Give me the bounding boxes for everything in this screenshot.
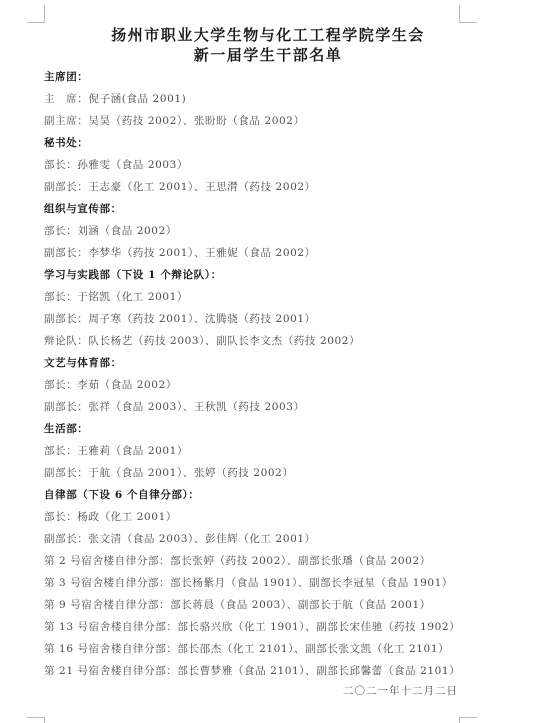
document-date: 二〇二一年十二月二日 bbox=[343, 682, 458, 700]
document-line: 第 13 号宿舍楼自律分部：部长骆兴欣（化工 1901）、副部长宋佳驰（药技 1… bbox=[44, 616, 474, 638]
document-line: 第 2 号宿舍楼自律分部：部长张婷（药技 2002）、副部长张璠（食品 2002… bbox=[44, 550, 474, 572]
page-corner-mark-top-left bbox=[27, 5, 45, 23]
document-line: 副部长：王志豪（化工 2001）、王思潸（药技 2002） bbox=[44, 176, 474, 198]
section-heading-arts-sports: 文艺与体育部： bbox=[44, 352, 474, 374]
document-subtitle: 新一届学生干部名单 bbox=[0, 44, 536, 65]
document-line: 第 9 号宿舍楼自律分部：部长蒋晨（食品 2003）、副部长于航（食品 2001… bbox=[44, 594, 474, 616]
page-corner-mark-bottom-left bbox=[27, 717, 45, 723]
document-line: 部长：王雅莉（食品 2001） bbox=[44, 440, 474, 462]
document-line: 部长：杨政（化工 2001） bbox=[44, 506, 474, 528]
document-line: 主 席：倪子涵(食品 2001) bbox=[44, 88, 474, 110]
document-line: 第 21 号宿舍楼自律分部：部长曹梦雅（食品 2101）、副部长邱馨蕾（食品 2… bbox=[44, 660, 474, 682]
document-line: 辩论队：队长杨艺（药技 2003）、副队长李文杰（药技 2002） bbox=[44, 330, 474, 352]
document-line: 副部长：周子寒（药技 2001）、沈腾骁（药技 2001） bbox=[44, 308, 474, 330]
document-line: 部长：李茹（食品 2002） bbox=[44, 374, 474, 396]
document-line: 副主席：吴昊（药技 2002）、张盼盼（食品 2002） bbox=[44, 110, 474, 132]
document-line: 第 3 号宿舍楼自律分部：部长杨紫月（食品 1901）、副部长李冠星（食品 19… bbox=[44, 572, 474, 594]
document-body: 主席团： 主 席：倪子涵(食品 2001) 副主席：吴昊（药技 2002）、张盼… bbox=[44, 66, 474, 682]
section-heading-presidium: 主席团： bbox=[44, 66, 474, 88]
document-line: 第 16 号宿舍楼自律分部：部长邵杰（化工 2101）、副部长张文凯（化工 21… bbox=[44, 638, 474, 660]
section-heading-self-discipline: 自律部（下设 6 个自律分部）： bbox=[44, 484, 474, 506]
document-line: 副部长：张祥（食品 2003）、王秋凯（药技 2003） bbox=[44, 396, 474, 418]
document-title: 扬州市职业大学生物与化工工程学院学生会 bbox=[0, 24, 536, 45]
page-corner-mark-bottom-right bbox=[459, 717, 477, 723]
section-heading-organization-publicity: 组织与宣传部： bbox=[44, 198, 474, 220]
page-corner-mark-top-right bbox=[459, 5, 477, 23]
section-heading-study-practice: 学习与实践部（下设 1 个辩论队）： bbox=[44, 264, 474, 286]
section-heading-life: 生活部： bbox=[44, 418, 474, 440]
document-line: 副部长：张文清（食品 2003）、彭佳辉（化工 2001） bbox=[44, 528, 474, 550]
document-line: 部长：刘涵（食品 2002） bbox=[44, 220, 474, 242]
document-line: 部长：于铭凯（化工 2001） bbox=[44, 286, 474, 308]
document-line: 副部长：于航（食品 2001）、张婷（药技 2002） bbox=[44, 462, 474, 484]
document-line: 部长：孙雅雯（食品 2003） bbox=[44, 154, 474, 176]
section-heading-secretariat: 秘书处： bbox=[44, 132, 474, 154]
document-line: 副部长：李梦华（药技 2001）、王雅妮（食品 2002） bbox=[44, 242, 474, 264]
